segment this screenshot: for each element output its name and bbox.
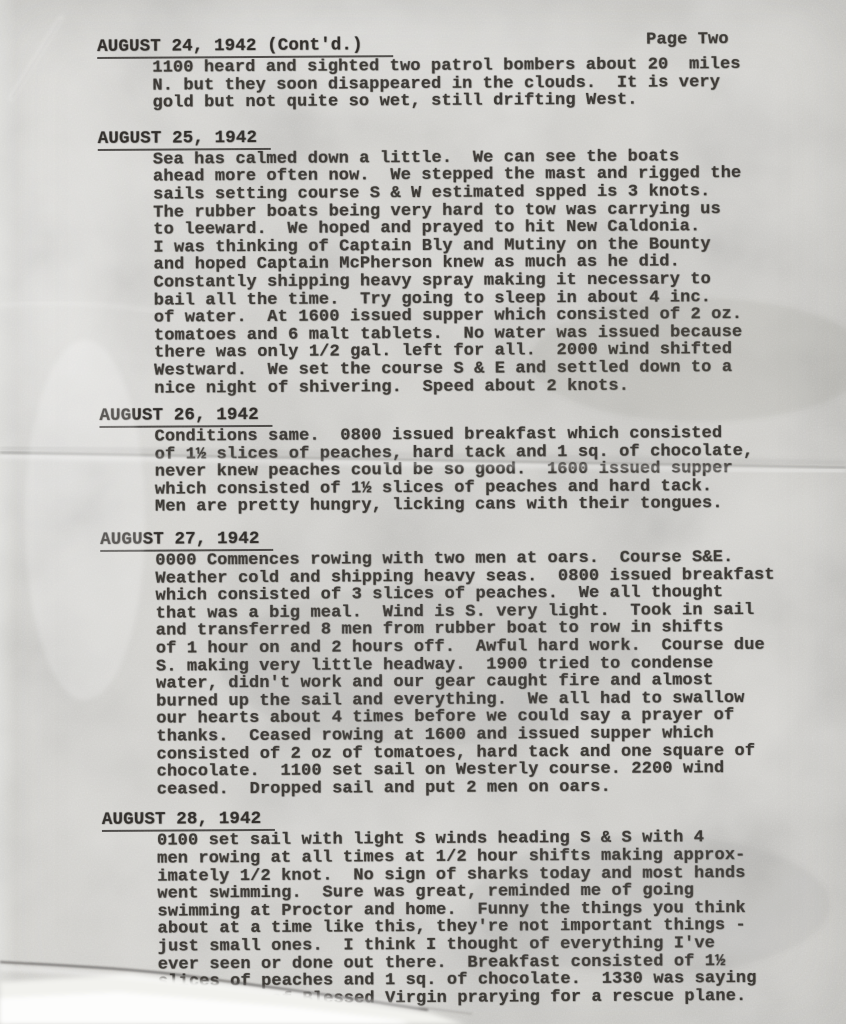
page-number-label: Page Two xyxy=(646,31,729,50)
scanned-page: Page Two AUGUST 24, 1942 (Cont'd.)1100 h… xyxy=(0,0,846,1024)
entry-text-line: Men are pretty hungry, licking cans with… xyxy=(155,495,796,517)
entry-body: 0100 set sail with light S winds heading… xyxy=(157,829,799,1009)
entry-text-line: ceased. Dropped sail and put 2 men on oa… xyxy=(157,777,798,799)
entry-body: 0000 Commences rowing with two men at oa… xyxy=(155,549,797,799)
entry-date-heading: AUGUST 27, 1942 xyxy=(100,530,273,552)
journal-entry: AUGUST 27, 19420000 Commences rowing wit… xyxy=(100,527,798,800)
typed-text-layer: Page Two AUGUST 24, 1942 (Cont'd.)1100 h… xyxy=(0,0,846,1024)
entry-body: Sea has calmed down a little. We can see… xyxy=(153,148,795,398)
entry-text-line: nice night of shivering. Speed about 2 k… xyxy=(154,376,795,398)
entry-date-heading: AUGUST 24, 1942 (Cont'd.) xyxy=(97,36,393,59)
entry-date-heading: AUGUST 28, 1942 xyxy=(102,810,275,832)
entry-body: 1100 heard and sighted two patrol bomber… xyxy=(152,56,793,113)
journal-entries: AUGUST 24, 1942 (Cont'd.)1100 heard and … xyxy=(97,34,799,1010)
entry-body: Conditions same. 0800 issued breakfast w… xyxy=(154,425,796,517)
entry-text-line: gold but not quite so wet, still driftin… xyxy=(152,91,793,113)
entry-date-heading: AUGUST 25, 1942 xyxy=(98,129,271,151)
entry-date-heading: AUGUST 26, 1942 xyxy=(99,406,272,428)
journal-entry: AUGUST 28, 19420100 set sail with light … xyxy=(102,807,799,1009)
journal-entry: AUGUST 26, 1942Conditions same. 0800 iss… xyxy=(99,403,796,517)
entry-text-line: the Litany of Blessed Virgin prarying fo… xyxy=(158,987,799,1009)
journal-entry: AUGUST 25, 1942Sea has calmed down a lit… xyxy=(98,126,796,399)
